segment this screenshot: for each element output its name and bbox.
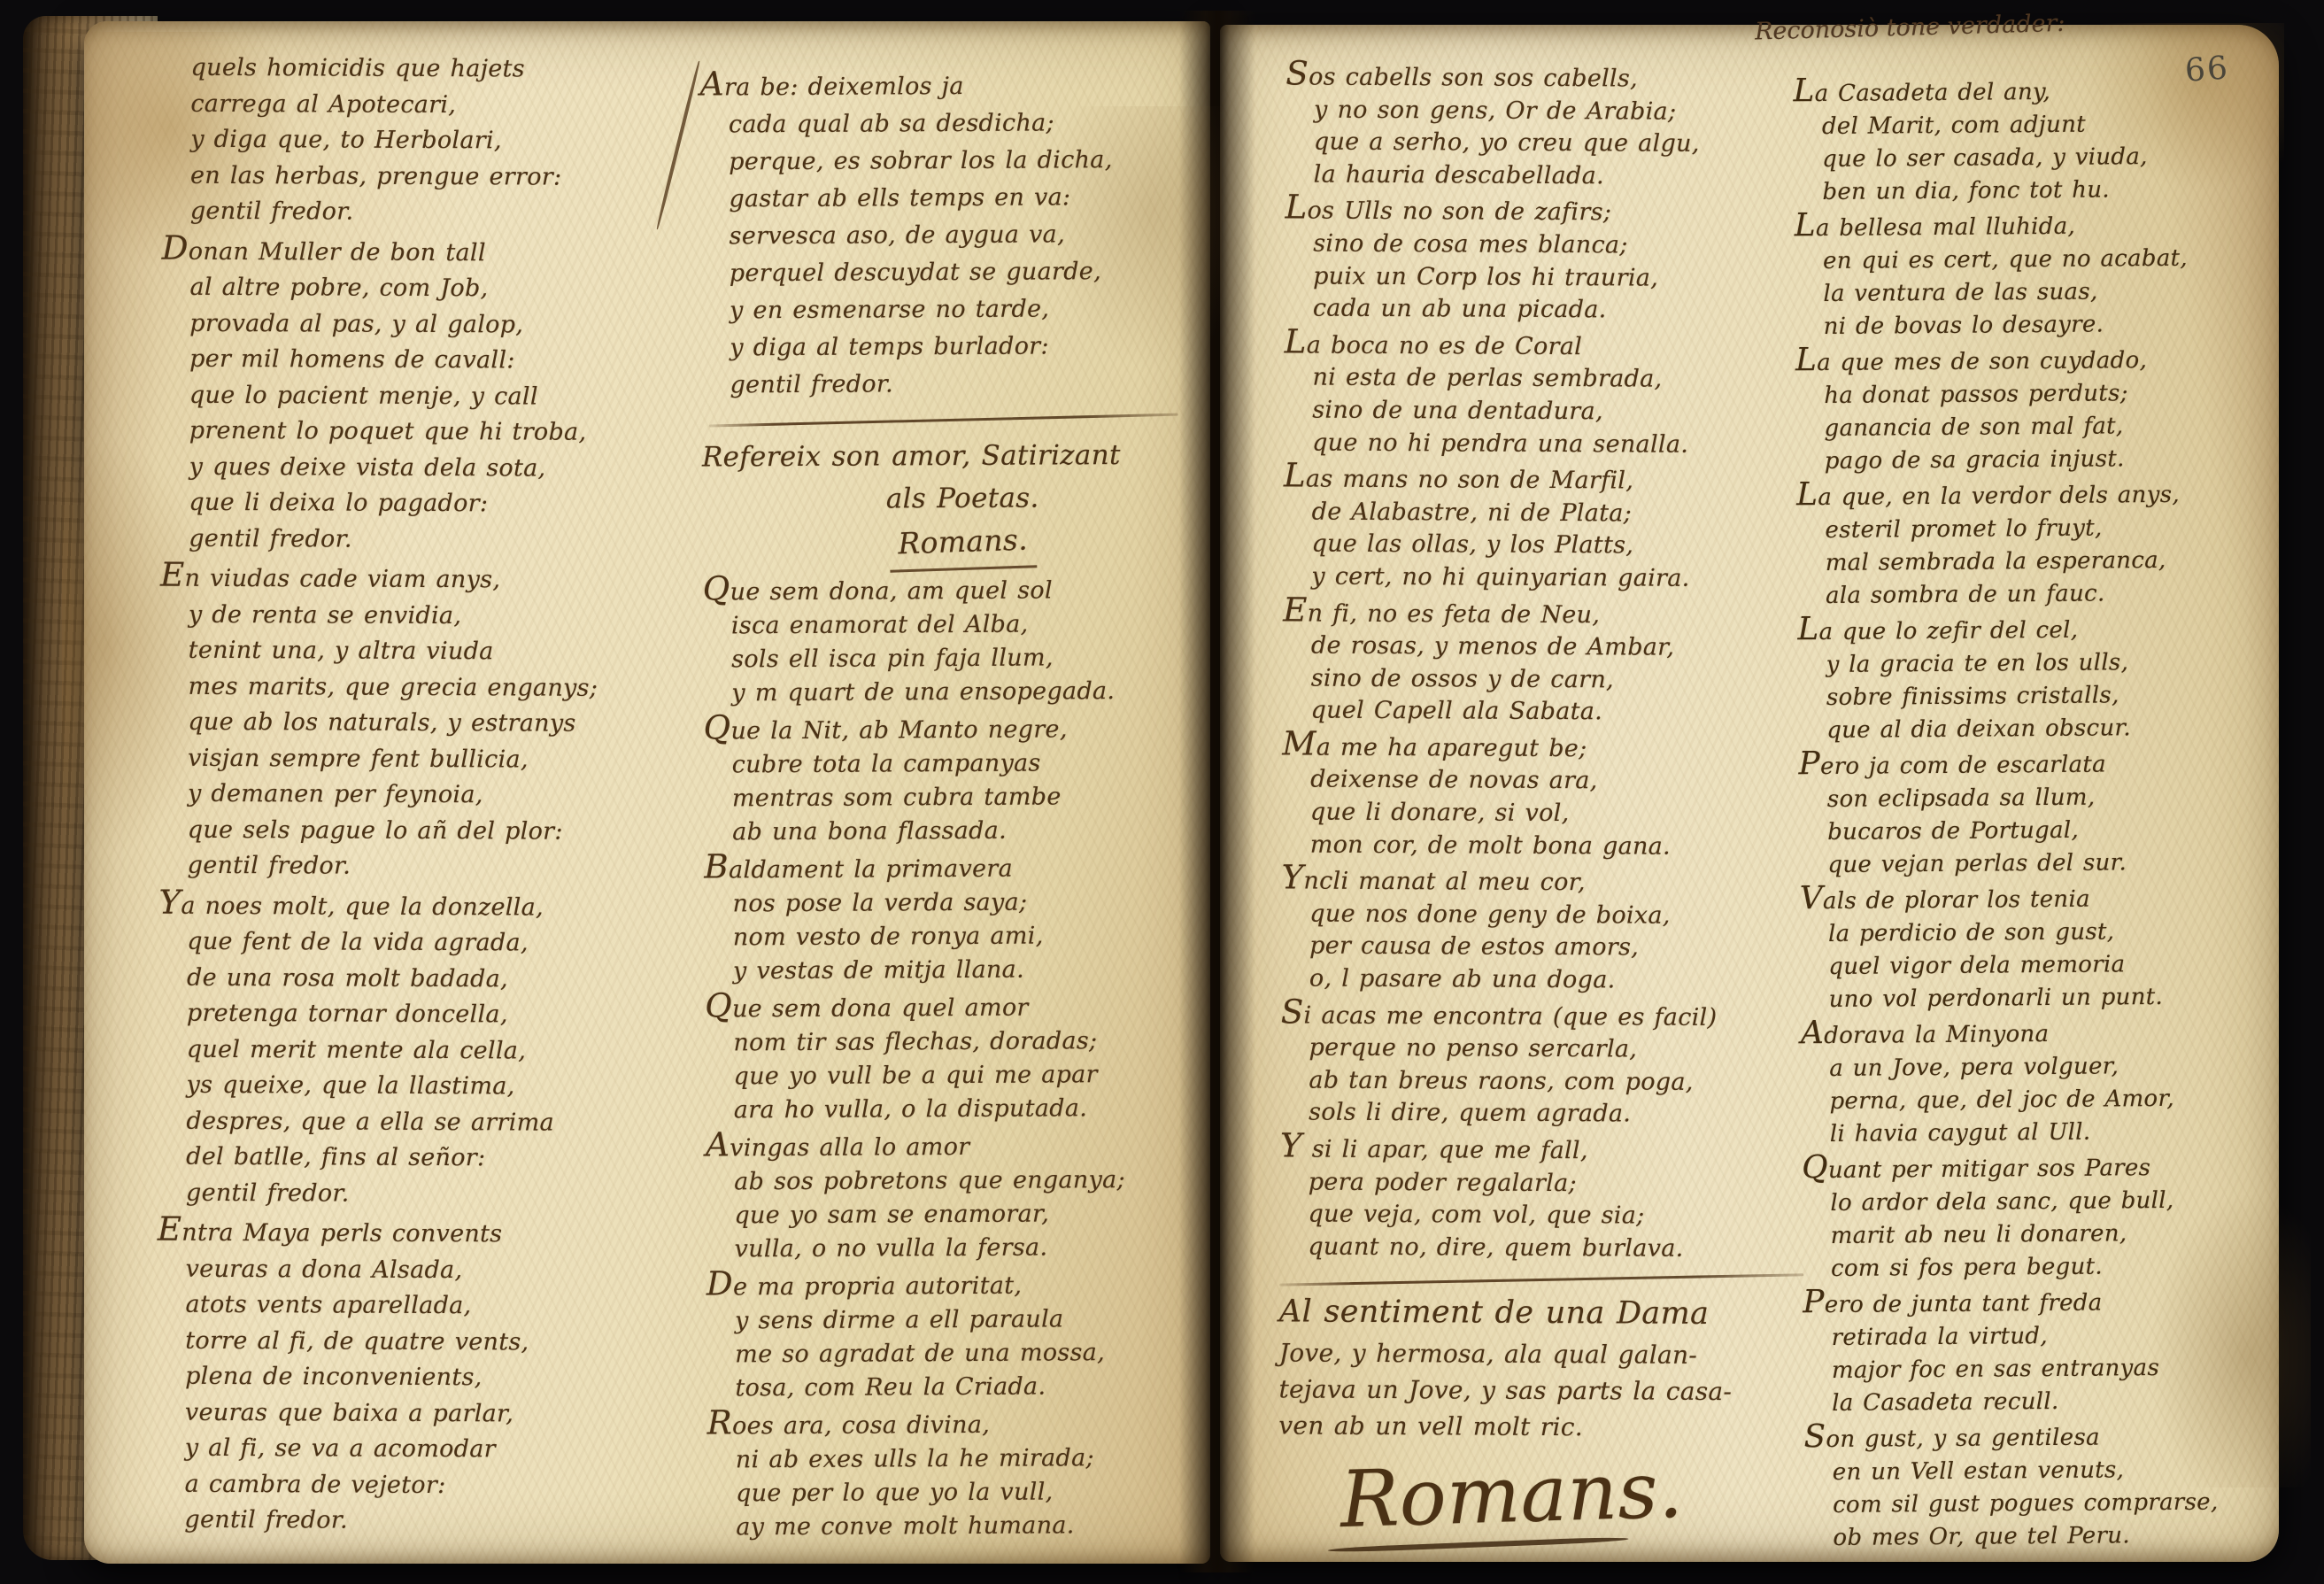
manuscript-line: que lo ser casada, y viuda,	[1794, 140, 2293, 176]
manuscript-line: deixense de novas ara,	[1282, 764, 1818, 800]
manuscript-line: La boca no es de Coral	[1285, 325, 1821, 365]
verse-block: Sos cabells son sos cabells,y no son gen…	[1279, 57, 1822, 1266]
manuscript-line: que ab los naturals, y estranys	[159, 705, 698, 743]
section-heading: Refereix son amor, Satirizant	[702, 432, 1223, 479]
manuscript-line: en un Vell estan venuts,	[1804, 1453, 2304, 1489]
manuscript-line: perque, es sobrar los la dicha,	[700, 141, 1221, 181]
manuscript-line: o, l pasare ab una doga.	[1281, 962, 1818, 998]
manuscript-line: a un Jove, pera volguer,	[1801, 1049, 2300, 1086]
manuscript-line: puix un Corp los hi trauria,	[1285, 260, 1821, 296]
manuscript-line: que yo vull be a qui me apar	[706, 1057, 1226, 1093]
manuscript-line: que fent de la vida agrada,	[158, 924, 697, 962]
manuscript-line: Baldament la primavera	[704, 846, 1224, 887]
manuscript-line: y cert, no hi quinyarian gaira.	[1283, 560, 1819, 596]
verse-block: Que sem dona, am quel solisca enamorat d…	[703, 568, 1229, 1544]
manuscript-line: visjan sempre fent bullicia,	[159, 740, 698, 778]
stanza-block: Ara be: deixemlos jacada qual ab sa desd…	[700, 62, 1223, 404]
manuscript-line: atots vents aparellada,	[157, 1287, 695, 1325]
manuscript-line: lo ardor dela sanc, que bull,	[1802, 1184, 2301, 1220]
manuscript-line: que li deixa lo pagador:	[160, 485, 699, 523]
manuscript-line: ay me conve molt humana.	[707, 1508, 1228, 1544]
manuscript-line: ben un dia, fonc tot hu.	[1794, 173, 2293, 209]
manuscript-line: gentil fredor.	[156, 1503, 694, 1541]
manuscript-line: y no son gens, Or de Arabia;	[1286, 94, 1822, 129]
manuscript-line: veuras a dona Alsada,	[158, 1251, 696, 1289]
manuscript-line: sols ell isca pin faja llum,	[703, 640, 1224, 676]
manuscript-line: ys queixe, que la llastima,	[158, 1068, 696, 1106]
manuscript-line: En fi, no es feta de Neu,	[1283, 593, 1819, 633]
manuscript-line: quel Capell ala Sabata.	[1282, 695, 1818, 730]
manuscript-line: uno vol perdonarli un punt.	[1801, 980, 2300, 1016]
manuscript-line: Ma me ha aparegut be;	[1282, 727, 1818, 767]
manuscript-line: que al dia deixan obscur.	[1798, 711, 2297, 747]
manuscript-line: que nos done geny de boixa,	[1281, 898, 1818, 933]
manuscript-line: De ma propria autoritat,	[706, 1263, 1227, 1304]
manuscript-line: tosa, com Reu la Criada.	[706, 1369, 1227, 1405]
manuscript-line: ganancia de son mal fat,	[1795, 409, 2295, 445]
manuscript-line: mal sembrada la esperanca,	[1797, 544, 2297, 580]
manuscript-line: del batlle, fins al señor:	[158, 1140, 696, 1178]
manuscript-line: ni esta de perlas sembrada,	[1284, 362, 1820, 398]
section-rule	[709, 413, 1178, 428]
manuscript-line: mon cor, de molt bona gana.	[1282, 829, 1818, 864]
manuscript-line: de Alabastre, ni de Plata;	[1284, 496, 1820, 531]
manuscript-line: perque no penso sercarla,	[1280, 1032, 1817, 1068]
manuscript-line: Si acas me encontra (que es facil)	[1281, 995, 1818, 1035]
manuscript-line: y al fi, se va a acomodar	[157, 1431, 695, 1469]
manuscript-line: y demanen per feynoia,	[159, 777, 698, 815]
manuscript-line: La que, en la verdor dels anys,	[1796, 475, 2296, 514]
manuscript-line: que li donare, si vol,	[1282, 796, 1818, 831]
manuscript-line: en qui es cert, que no acabat,	[1795, 242, 2294, 278]
manuscript-line: despres, que a ella se arrima	[158, 1103, 696, 1141]
manuscript-line: y de renta se envidia,	[160, 597, 699, 635]
manuscript-line: ab tan breus raons, com poga,	[1280, 1064, 1817, 1100]
manuscript-line: Sos cabells son sos cabells,	[1286, 57, 1822, 97]
manuscript-line: provada al pas, y al galop,	[161, 305, 699, 344]
manuscript-line: que per lo que yo la vull,	[707, 1474, 1228, 1511]
manuscript-line: Las mans no son de Marfil,	[1284, 460, 1820, 499]
manuscript-line: gastar ab ells temps en va:	[700, 178, 1221, 218]
manuscript-line: al altre pobre, com Job,	[161, 270, 699, 308]
left-page-column-2: Ara be: deixemlos jacada qual ab sa desd…	[700, 62, 1229, 1544]
manuscript-line: me so agradat de una mossa,	[706, 1335, 1227, 1372]
manuscript-line: esteril promet lo fruyt,	[1796, 511, 2296, 547]
manuscript-photo: Reconosiò tone verdader: 66 quels homici…	[0, 0, 2324, 1584]
manuscript-line: La bellesa mal lluhida,	[1795, 205, 2294, 245]
manuscript-line: Que la Nit, ab Manto negre,	[703, 707, 1224, 748]
manuscript-line: perquel descuydat se guarde,	[701, 252, 1222, 292]
manuscript-line: la hauria descabellada.	[1286, 158, 1822, 194]
manuscript-line: Y si li apar, que me fall,	[1280, 1129, 1817, 1169]
romans-label: Romans.	[888, 516, 1037, 572]
manuscript-line: y m quart de una ensopegada.	[703, 674, 1224, 710]
section-heading: tejava un Jove, y sas parts la casa-	[1278, 1372, 1815, 1410]
manuscript-line: nom tir sas flechas, doradas;	[705, 1024, 1225, 1060]
manuscript-line: Los Ulls no son de zafirs;	[1285, 191, 1821, 231]
manuscript-line: prenent lo poquet que hi troba,	[161, 413, 699, 452]
manuscript-line: nom vesto de ronya ami,	[705, 918, 1225, 954]
manuscript-line: Roes ara, cosa divina,	[707, 1402, 1228, 1443]
manuscript-line: cubre tota la campanyas	[704, 746, 1224, 782]
manuscript-line: que lo pacient menje, y call	[161, 377, 699, 415]
manuscript-line: cada un ab una picada.	[1285, 293, 1821, 328]
manuscript-line: pretenga tornar doncella,	[158, 996, 697, 1034]
manuscript-line: Vals de plorar los tenia	[1800, 878, 2299, 918]
manuscript-line: Pero ja com de escarlata	[1798, 744, 2297, 784]
manuscript-line: En viudas cade viam anys,	[160, 557, 699, 599]
manuscript-line: y vestas de mitja llana.	[705, 952, 1225, 988]
manuscript-line: per mil homens de cavall:	[161, 342, 699, 380]
manuscript-line: Ya noes molt, que la donzella,	[158, 884, 697, 926]
manuscript-line: son eclipsada sa llum,	[1799, 780, 2298, 816]
manuscript-line: quant no, dire, quem burlava.	[1279, 1231, 1816, 1266]
manuscript-line: carrega al Apotecari,	[162, 86, 700, 124]
manuscript-line: ara ho vulla, o la disputada.	[706, 1091, 1226, 1127]
manuscript-line: Quant per mitigar sos Pares	[1802, 1147, 2301, 1187]
manuscript-line: tenint una, y altra viuda	[160, 633, 699, 671]
manuscript-line: servesca aso, de aygua va,	[701, 215, 1222, 255]
manuscript-line: quel vigor dela memoria	[1800, 947, 2299, 984]
manuscript-line: que las ollas, y los Platts,	[1283, 529, 1819, 564]
manuscript-line: que no hi pendra una senalla.	[1284, 427, 1820, 462]
manuscript-line: que vejan perlas del sur.	[1799, 846, 2298, 882]
manuscript-line: gentil fredor.	[701, 364, 1222, 404]
manuscript-line: la ventura de las suas,	[1795, 274, 2294, 311]
manuscript-line: y sens dirme a ell paraula	[706, 1302, 1227, 1338]
section-heading: Al sentiment de una Dama	[1279, 1289, 1816, 1338]
manuscript-line: Pero de junta tant freda	[1803, 1282, 2302, 1322]
manuscript-line: sino de cosa mes blanca;	[1285, 228, 1821, 263]
manuscript-line: La que lo zefir del cel,	[1797, 609, 2297, 649]
manuscript-line: la Casadeta recull.	[1803, 1384, 2303, 1420]
manuscript-line: a cambra de vejetor:	[157, 1466, 695, 1504]
manuscript-line: que veja, com vol, que sia;	[1279, 1199, 1816, 1234]
manuscript-line: pago de sa gracia injust.	[1796, 442, 2296, 478]
manuscript-line: cada qual ab sa desdicha;	[700, 104, 1221, 143]
manuscript-line: y en esmenarse no tarde,	[701, 290, 1222, 329]
left-page-column-1: quels homicidis que hajetscarrega al Apo…	[156, 50, 700, 1541]
manuscript-line: mes marits, que grecia enganys;	[159, 668, 698, 707]
manuscript-line: gentil fredor.	[159, 848, 698, 886]
section-heading: als Poetas.	[702, 476, 1223, 520]
manuscript-line: marit ab neu li donaren,	[1803, 1217, 2302, 1253]
manuscript-line: gentil fredor.	[158, 1175, 696, 1213]
manuscript-line: sino de ossos y de carn,	[1283, 662, 1819, 698]
manuscript-line: plena de inconvenients,	[157, 1359, 695, 1397]
manuscript-line: com si fos pera begut.	[1803, 1249, 2302, 1286]
manuscript-line: perna, que, del joc de Amor,	[1801, 1082, 2300, 1118]
manuscript-line: com sil gust pogues comprarse,	[1804, 1486, 2304, 1522]
manuscript-line: ab una bona flassada.	[704, 813, 1224, 849]
manuscript-line: del Marit, com adjunt	[1794, 107, 2293, 143]
manuscript-line: La Casadeta del any,	[1793, 71, 2292, 111]
manuscript-line: retirada la virtud,	[1803, 1318, 2303, 1355]
manuscript-line: y diga que, to Herbolari,	[162, 122, 700, 160]
section-title-romans: Romans.	[702, 517, 1223, 571]
manuscript-line: que yo sam se enamorar,	[706, 1196, 1226, 1232]
manuscript-line: bucaros de Portugal,	[1799, 813, 2298, 849]
manuscript-line: Adorava la Minyona	[1801, 1013, 2300, 1053]
manuscript-line: gentil fredor.	[160, 521, 699, 559]
section-heading: Jove, y hermosa, ala qual galan-	[1279, 1335, 1816, 1374]
manuscript-line: que a serho, yo creu que algu,	[1286, 127, 1822, 162]
manuscript-line: y diga al temps burlador:	[701, 327, 1222, 367]
manuscript-line: sino de una dentadura,	[1284, 394, 1820, 429]
manuscript-line: torre al fi, de quatre vents,	[157, 1323, 695, 1361]
manuscript-line: ab sos pobretons que enganya;	[706, 1163, 1226, 1199]
manuscript-line: sols li dire, quem agrada.	[1280, 1097, 1817, 1132]
manuscript-line: ob mes Or, que tel Peru.	[1804, 1518, 2304, 1555]
manuscript-line: mentras som cubra tambe	[704, 779, 1224, 815]
manuscript-line: vulla, o no vulla la fersa.	[706, 1230, 1227, 1266]
manuscript-line: La que mes de son cuydado,	[1795, 340, 2295, 380]
manuscript-line: sobre finissims cristalls,	[1798, 678, 2297, 715]
manuscript-line: per causa de estos amors,	[1281, 931, 1818, 966]
romans-title-large: Romans.	[1339, 1439, 1816, 1549]
manuscript-line: quel merit mente ala cella,	[158, 1032, 697, 1070]
manuscript-line: la perdicio de son gust,	[1800, 915, 2299, 951]
manuscript-line: isca enamorat del Alba,	[703, 607, 1224, 643]
manuscript-line: ni ab exes ulls la he mirada;	[707, 1441, 1228, 1477]
manuscript-line: ni de bovas lo desayre.	[1795, 307, 2295, 344]
manuscript-line: nos pose la verda saya;	[704, 885, 1224, 921]
manuscript-line: gentil fredor.	[162, 194, 700, 232]
right-page-column-1: Sos cabells son sos cabells,y no son gen…	[1278, 57, 1823, 1549]
manuscript-line: Entra Maya perls convents	[158, 1211, 696, 1254]
manuscript-line: Donan Muller de bon tall	[162, 229, 700, 272]
manuscript-line: Avingas alla lo amor	[706, 1124, 1226, 1165]
manuscript-line: veuras que baixa a parlar,	[157, 1395, 695, 1433]
manuscript-line: Que sem dona, am quel sol	[703, 568, 1224, 609]
manuscript-line: pera poder regalarla;	[1280, 1166, 1817, 1202]
manuscript-line: li havia caygut al Ull.	[1802, 1115, 2301, 1151]
manuscript-line: en las herbas, prengue error:	[162, 158, 700, 196]
manuscript-line: y ques deixe vista dela sota,	[161, 449, 699, 487]
manuscript-line: quels homicidis que hajets	[162, 50, 700, 89]
manuscript-line: que sels pague lo añ del plor:	[159, 812, 698, 850]
manuscript-line: Son gust, y sa gentilesa	[1803, 1417, 2303, 1457]
manuscript-line: Ara be: deixemlos ja	[700, 62, 1221, 106]
manuscript-line: de rosas, y menos de Ambar,	[1283, 630, 1819, 666]
manuscript-line: y la gracia te en los ulls,	[1798, 645, 2297, 682]
right-page-column-2: La Casadeta del any,del Marit, com adjun…	[1793, 71, 2304, 1555]
manuscript-line: de una rosa molt badada,	[158, 960, 697, 998]
manuscript-line: Que sem dona quel amor	[705, 985, 1225, 1026]
section-rule	[1279, 1274, 1803, 1287]
manuscript-line: major foc en sas entranyas	[1803, 1351, 2303, 1387]
manuscript-line: Yncli manat al meu cor,	[1281, 862, 1818, 901]
manuscript-line: ala sombra de un fauc.	[1797, 576, 2297, 613]
manuscript-line: ha donat passos perduts;	[1795, 376, 2295, 413]
